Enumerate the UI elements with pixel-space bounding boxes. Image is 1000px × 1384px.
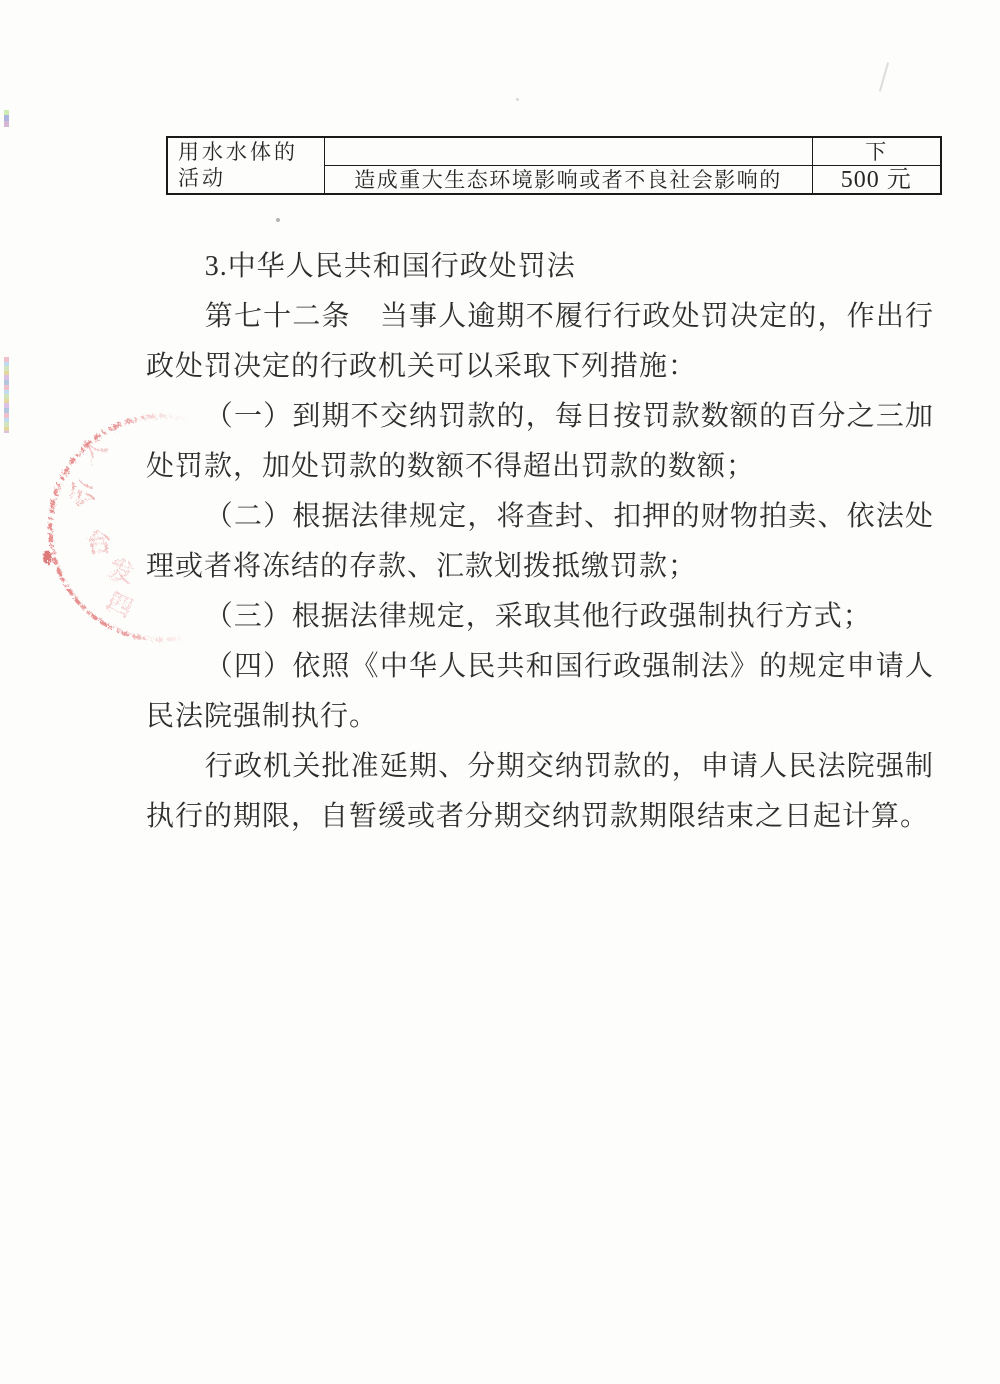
scan-speck-strip [4, 110, 9, 127]
table-row: 用水水体的活动 下 [167, 137, 941, 166]
stamp-mark: 人 [74, 430, 113, 469]
scan-smudge [879, 62, 889, 91]
scan-dot [516, 98, 519, 101]
table-cell-desc-empty [324, 137, 812, 166]
table-cell-amount-top: 下 [812, 137, 941, 166]
penalty-table-fragment: 用水水体的活动 下 造成重大生态环境影响或者不良社会影响的 500 元 [166, 136, 942, 195]
legal-text-block: 3.中华人民共和国行政处罚法 第七十二条 当事人逾期不履行行政处罚决定的，作出行… [146, 242, 934, 842]
scan-dot [276, 218, 280, 222]
paragraph-item-3: （三）根据法律规定，采取其他行政强制执行方式； [146, 592, 934, 642]
paragraph-article-72: 第七十二条 当事人逾期不履行行政处罚决定的，作出行政处罚决定的行政机关可以采取下… [146, 292, 934, 392]
table-cell-amount: 500 元 [812, 166, 941, 195]
seal-ink-blob [43, 550, 51, 564]
table-cell-desc: 造成重大生态环境影响或者不良社会影响的 [324, 166, 812, 195]
stamp-mark: 四 [102, 588, 136, 623]
scan-speck-strip [4, 357, 9, 433]
paragraph-item-1: （一）到期不交纳罚款的，每日按罚款数额的百分之三加处罚款，加处罚款的数额不得超出… [146, 392, 934, 492]
table-cell-activity: 用水水体的活动 [167, 137, 324, 194]
scanned-document-page: 用水水体的活动 下 造成重大生态环境影响或者不良社会影响的 500 元 3.中华… [0, 0, 1000, 1384]
stamp-mark: 发 [106, 555, 138, 589]
stamp-mark: 台 [85, 527, 114, 559]
stamp-mark: 公 [63, 474, 100, 512]
paragraph-closing: 行政机关批准延期、分期交纳罚款的，申请人民法院强制执行的期限，自暂缓或者分期交纳… [146, 742, 934, 842]
paragraph-item-4: （四）依照《中华人民共和国行政强制法》的规定申请人民法院强制执行。 [146, 642, 934, 742]
paragraph-item-2: （二）根据法律规定，将查封、扣押的财物拍卖、依法处理或者将冻结的存款、汇款划拨抵… [146, 492, 934, 592]
section-heading: 3.中华人民共和国行政处罚法 [146, 242, 934, 292]
